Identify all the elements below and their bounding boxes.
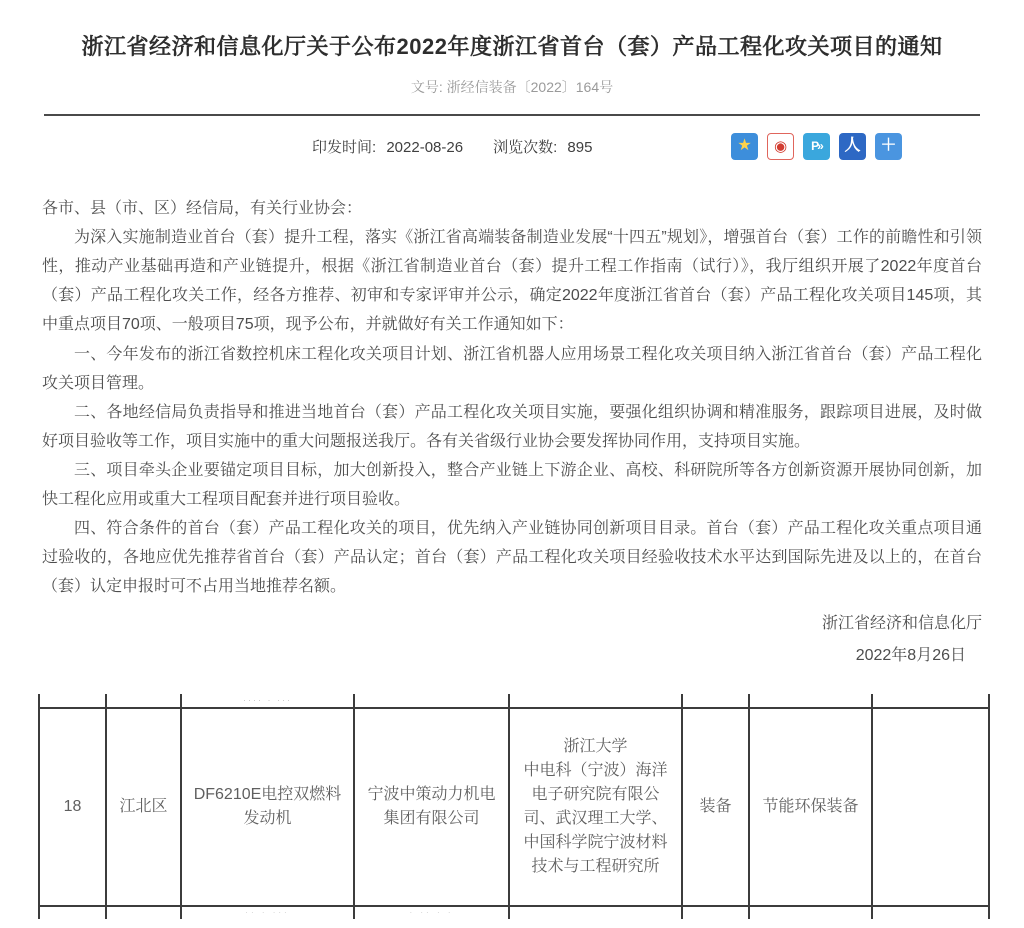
notice-body: 各市、县（市、区）经信局，有关行业协会： 为深入实施制造业首台（套）提升工程，落… (0, 194, 1024, 672)
signature-block: 浙江省经济和信息化厅 2022年8月26日 (42, 608, 982, 672)
sina-weibo-icon[interactable]: ◉ (767, 133, 794, 160)
cell-seq-number: 18 (39, 708, 106, 906)
print-date-label: 印发时间: (312, 139, 376, 156)
doc-number-line: 文号: 浙经信装备〔2022〕164号 (0, 77, 1024, 97)
cell-partner-organizations: 浙江大学 中电科（宁波）海洋电子研究院有限公司、武汉理工大学、中国科学院宁波材料… (509, 708, 682, 906)
cell-empty (872, 708, 989, 906)
clipped-cell (509, 694, 682, 709)
table-row-clipped-below: ·· · ··· · ·· · · (39, 906, 989, 919)
notice-page: 浙江省经济和信息化厅关于公布2022年度浙江省首台（套）产品工程化攻关项目的通知… (0, 0, 1024, 928)
clipped-cell (682, 694, 749, 709)
clipped-cell: · ·· · · (354, 906, 509, 919)
paragraph-item-2: 二、各地经信局负责指导和推进当地首台（套）产品工程化攻关项目实施，要强化组织协调… (42, 398, 982, 456)
signature-org: 浙江省经济和信息化厅 (42, 608, 982, 640)
paragraph-intro: 为深入实施制造业首台（套）提升工程，落实《浙江省高端装备制造业发展“十四五”规划… (42, 223, 982, 339)
clipped-cell: ···· · ··· (181, 694, 354, 709)
clipped-cell (106, 694, 181, 709)
paragraph-item-1: 一、今年发布的浙江省数控机床工程化攻关项目计划、浙江省机器人应用场景工程化攻关项… (42, 340, 982, 398)
clipped-cell (682, 906, 749, 919)
cell-product-name: DF6210E电控双燃料发动机 (181, 708, 354, 906)
paragraph-item-3: 三、项目牵头企业要锚定项目目标，加大创新投入，整合产业链上下游企业、高校、科研院… (42, 456, 982, 514)
doc-number-value: 浙经信装备〔2022〕164号 (447, 79, 614, 95)
page-title: 浙江省经济和信息化厅关于公布2022年度浙江省首台（套）产品工程化攻关项目的通知 (40, 30, 984, 61)
cell-lead-company: 宁波中策动力机电集团有限公司 (354, 708, 509, 906)
tencent-pengyou-icon[interactable]: P» (803, 133, 830, 160)
clipped-cell: ·· · ··· (181, 906, 354, 919)
clipped-cell (39, 694, 106, 709)
cell-category: 装备 (682, 708, 749, 906)
view-count: 浏览次数: 895 (493, 136, 592, 157)
meta-row: 印发时间: 2022-08-26 浏览次数: 895 ★ ◉ P» 人 ＋ (44, 131, 980, 161)
clipped-cell (872, 906, 989, 919)
clipped-cell (354, 694, 509, 709)
clipped-cell (872, 694, 989, 709)
cell-industry-field: 节能环保装备 (749, 708, 872, 906)
cell-region: 江北区 (106, 708, 181, 906)
salutation: 各市、县（市、区）经信局，有关行业协会： (42, 194, 982, 223)
table-row: 18 江北区 DF6210E电控双燃料发动机 宁波中策动力机电集团有限公司 浙江… (39, 708, 989, 906)
paragraph-item-4: 四、符合条件的首台（套）产品工程化攻关的项目，优先纳入产业链协同创新项目目录。首… (42, 514, 982, 601)
table-row-clipped-above: ···· · ··· (39, 694, 989, 709)
view-count-label: 浏览次数: (493, 139, 557, 156)
signature-date: 2022年8月26日 (42, 640, 982, 672)
project-table-wrap: ···· · ··· 18 江北区 DF6210E电控双燃料发动机 宁波中策动力… (38, 694, 986, 920)
clipped-cell (749, 906, 872, 919)
share-icon-bar: ★ ◉ P» 人 ＋ (731, 133, 902, 160)
clipped-cell (39, 906, 106, 919)
print-date: 印发时间: 2022-08-26 (312, 136, 463, 157)
header-divider (44, 114, 980, 116)
view-count-value: 895 (567, 139, 592, 156)
doc-number-label: 文号: (411, 79, 443, 95)
more-share-icon[interactable]: ＋ (875, 133, 902, 160)
favorite-star-icon[interactable]: ★ (731, 133, 758, 160)
clipped-cell (106, 906, 181, 919)
renren-icon[interactable]: 人 (839, 133, 866, 160)
clipped-cell (749, 694, 872, 709)
print-date-value: 2022-08-26 (386, 139, 463, 156)
project-table: ···· · ··· 18 江北区 DF6210E电控双燃料发动机 宁波中策动力… (38, 694, 990, 920)
clipped-cell (509, 906, 682, 919)
